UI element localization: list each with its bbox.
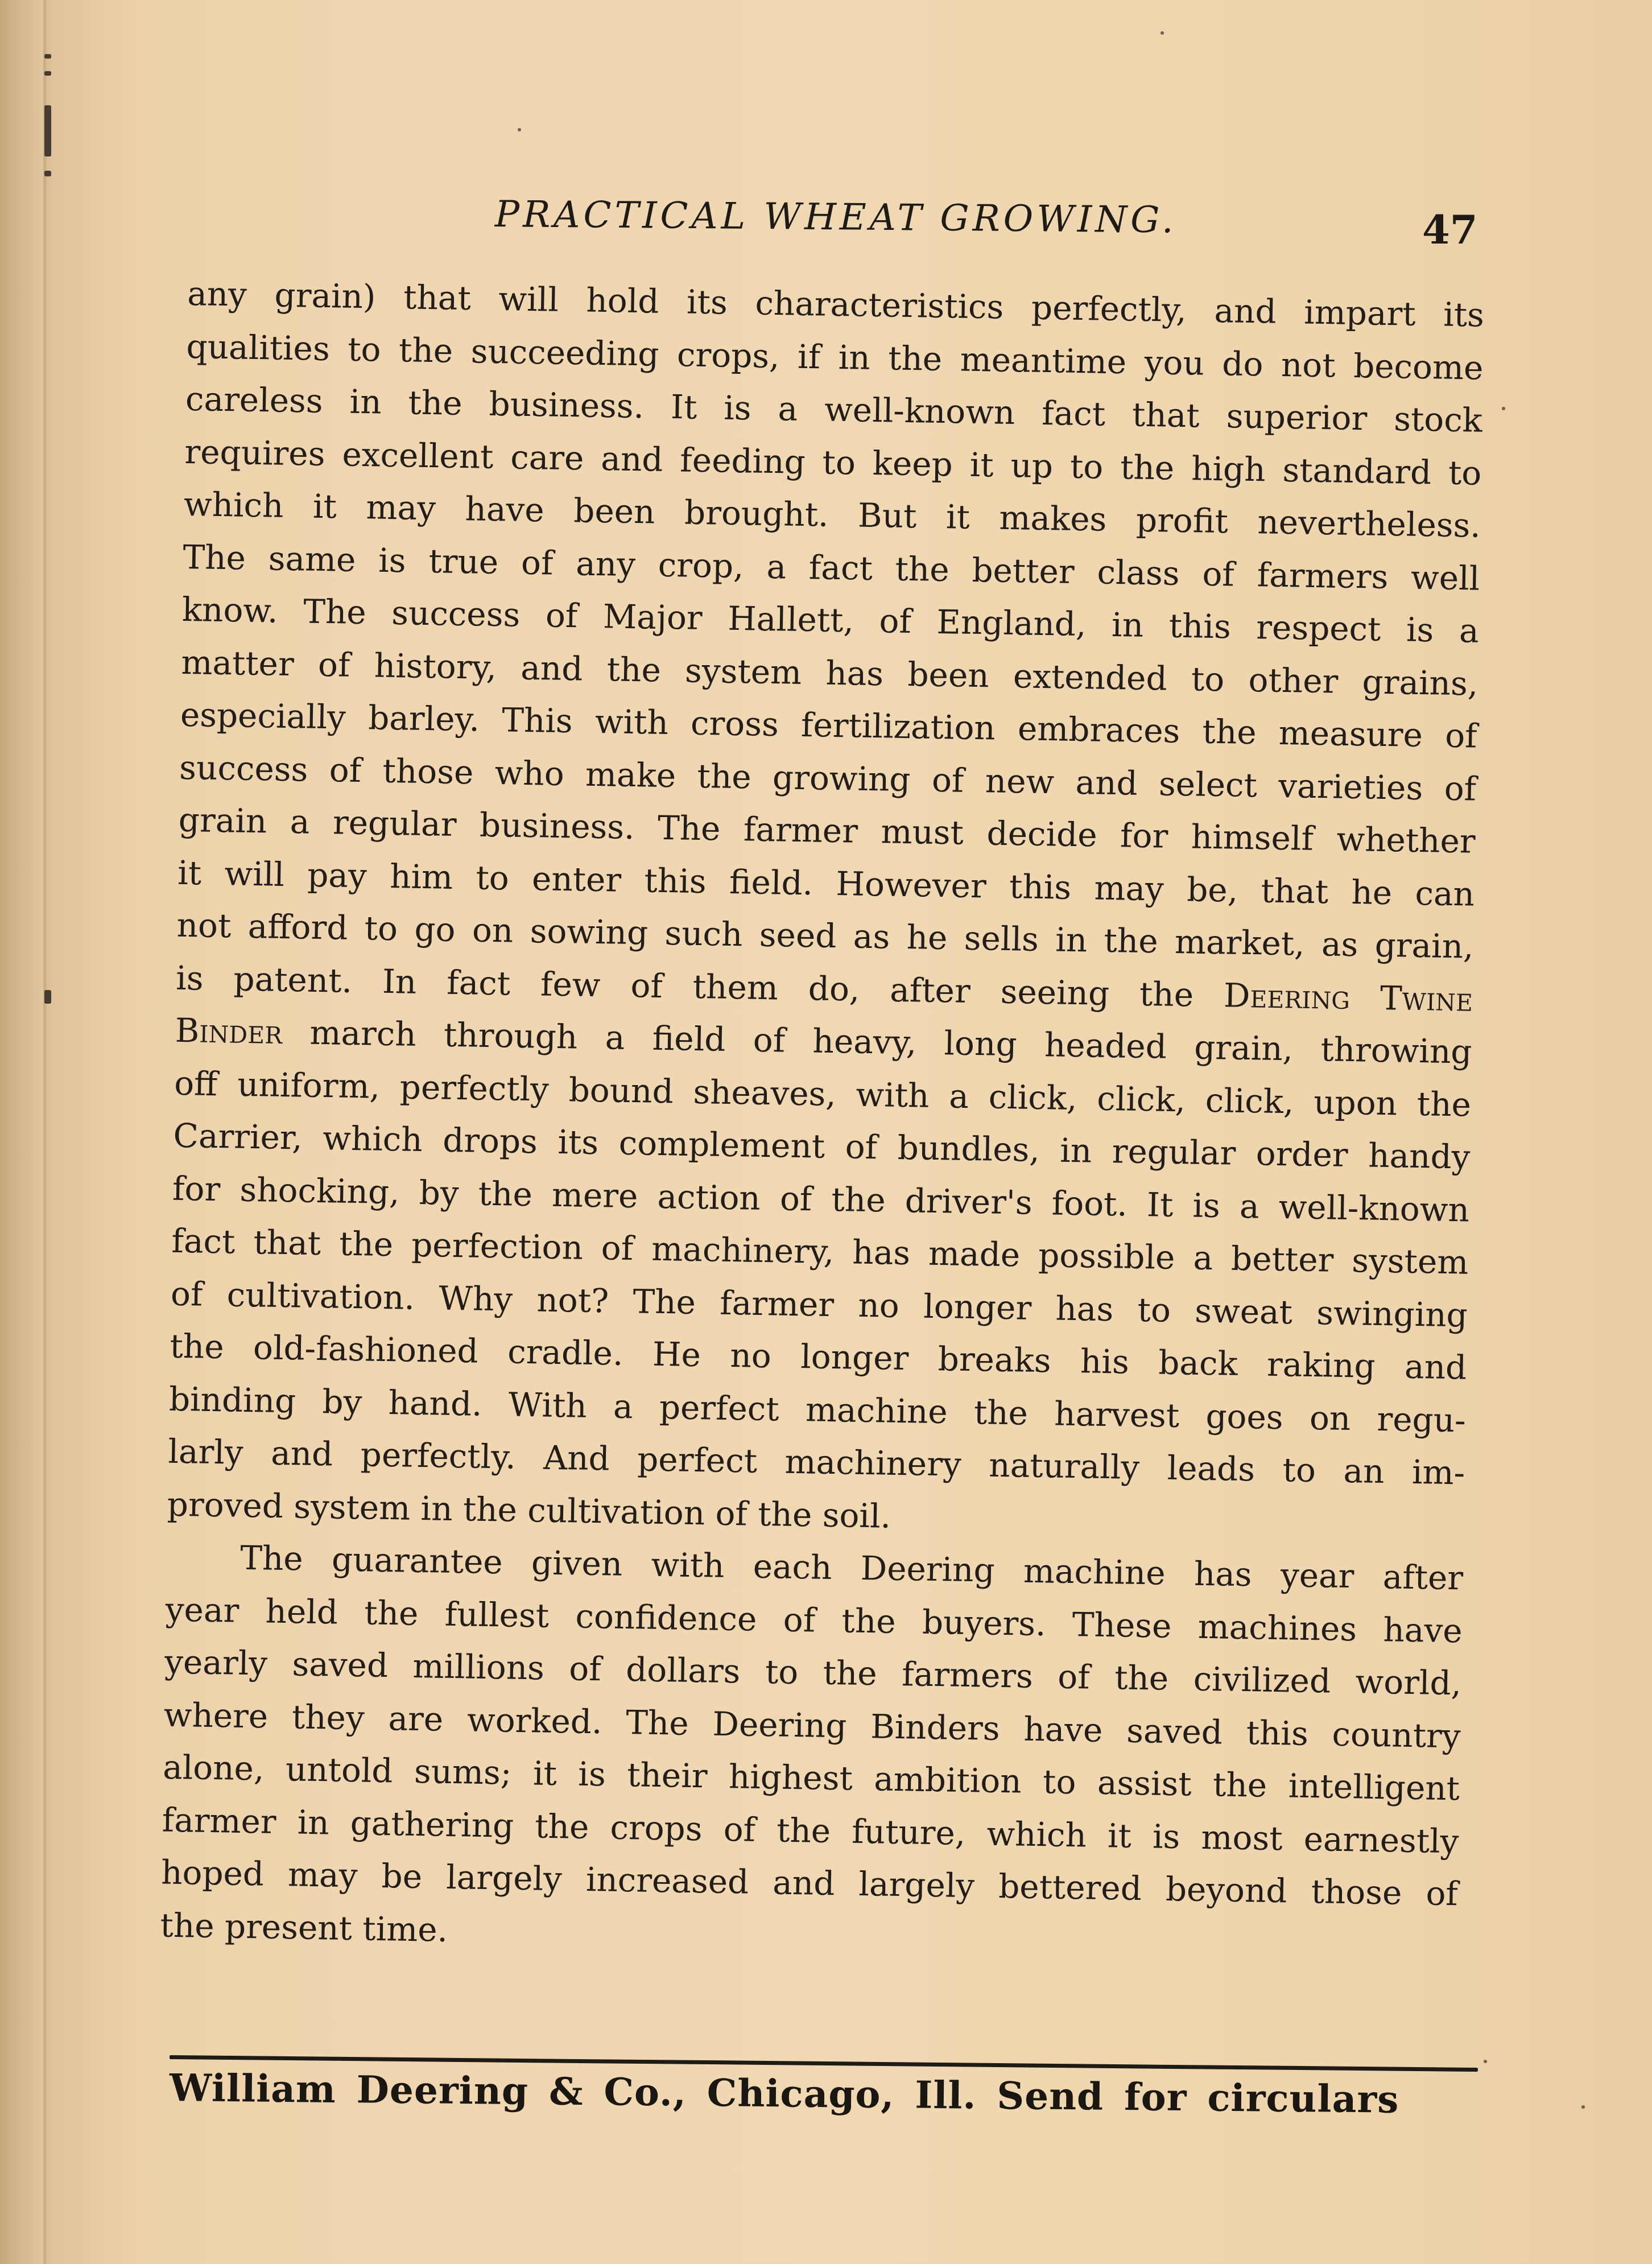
body-text: any grain) that will hold its characteri… [160, 267, 1485, 1973]
text-fragment: is patent. In fact few of them do, after… [176, 958, 1194, 1014]
gutter-ink-mark [44, 71, 51, 76]
page-number: 47 [1422, 206, 1477, 253]
footer-advertisement: William Deering & Co., Chicago, Ill. Sen… [170, 2065, 1478, 2122]
gutter-ink-mark [44, 990, 51, 1004]
binding-gutter [43, 0, 47, 2264]
paper-speck [1502, 407, 1505, 410]
product-name-smallcaps: Binder [175, 1011, 282, 1051]
gutter-ink-mark [44, 54, 51, 59]
gutter-ink-mark [44, 171, 51, 176]
paper-speck [1581, 2105, 1585, 2109]
gutter-ink-mark [44, 105, 51, 156]
paper-speck [1160, 31, 1164, 35]
paper-speck [1484, 2060, 1487, 2063]
paper-speck [518, 128, 521, 131]
product-name-smallcaps: Deering Twine [1224, 976, 1473, 1018]
book-page: PRACTICAL WHEAT GROWING. 47 any grain) t… [0, 0, 1652, 2264]
running-title: PRACTICAL WHEAT GROWING. [495, 193, 1177, 241]
